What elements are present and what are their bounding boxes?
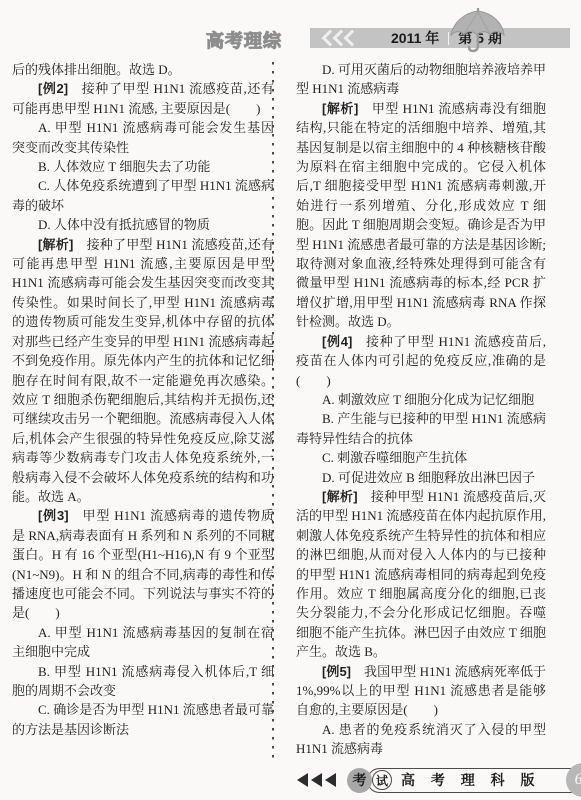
paragraph-label: [解析] xyxy=(322,101,358,116)
text-paragraph: A. 甲型 H1N1 流感病毒可能会发生基因突变而改变其传染性 xyxy=(12,118,274,157)
magazine-page: 高考理综 2011 年 第 5 期 后的残体排出细胞。故选 D。[例2]接种了甲… xyxy=(0,0,581,800)
paragraph-text: 甲型 H1N1 流感病毒的遗传物质是 RNA,病毒表面有 H 系列和 N 系列的… xyxy=(12,508,274,620)
page-number-badge: 61 xyxy=(566,763,581,797)
right-column: D. 可用灭菌后的动物细胞培养液培养甲型 H1N1 流感病毒[解析]甲型 H1N… xyxy=(296,60,546,759)
page-number: 61 xyxy=(575,771,581,789)
paragraph-text: A. 甲型 H1N1 流感病毒基因的复制在宿主细胞中完成 xyxy=(12,625,274,659)
text-paragraph: B. 产生能与已接种的甲型 H1N1 流感病毒特异性结合的抗体 xyxy=(296,409,546,448)
paragraph-label: [解析] xyxy=(38,237,73,252)
back-arrows-icon xyxy=(297,773,339,787)
text-paragraph: D. 人体中没有抵抗感冒的物质 xyxy=(12,215,274,234)
text-paragraph: B. 人体效应 T 细胞失去了功能 xyxy=(12,157,274,176)
paragraph-label: [例3] xyxy=(38,508,69,523)
paragraph-text: D. 可促进效应 B 细胞释放出淋巴因子 xyxy=(322,470,535,485)
paragraph-text: B. 人体效应 T 细胞失去了功能 xyxy=(38,159,210,174)
labeled-paragraph: [解析]接种了甲型 H1N1 流感疫苗,还有可能再患甲型 H1N1 流感,主要原… xyxy=(12,235,274,507)
labeled-paragraph: [例2]接种了甲型 H1N1 流感疫苗,还有可能再患甲型 H1N1 流感, 主要… xyxy=(12,79,274,118)
text-paragraph: A. 甲型 H1N1 流感病毒基因的复制在宿主细胞中完成 xyxy=(12,623,274,662)
journal-logo: 高考理综 xyxy=(206,27,282,53)
paragraph-text: 后的残体排出细胞。故选 D。 xyxy=(12,62,181,77)
paragraph-text: C. 刺激吞噬细胞产生抗体 xyxy=(322,450,467,465)
umbrella-icon xyxy=(446,8,510,59)
paragraph-text: B. 产生能与已接种的甲型 H1N1 流感病毒特异性结合的抗体 xyxy=(296,411,546,445)
page-header: 高考理综 2011 年 第 5 期 xyxy=(0,0,581,56)
text-paragraph: D. 可促进效应 B 细胞释放出淋巴因子 xyxy=(296,468,546,487)
paragraph-text: D. 可用灭菌后的动物细胞培养液培养甲型 H1N1 流感病毒 xyxy=(296,62,546,96)
issue-bar: 2011 年 第 5 期 xyxy=(310,28,570,48)
paragraph-label: [例2] xyxy=(38,81,68,96)
labeled-paragraph: [例5]我国甲型 H1N1 流感病死率低于 1%,99%以上的甲型 H1N1 流… xyxy=(296,662,546,720)
paragraph-text: A. 患者的免疫系统消灭了入侵的甲型 H1N1 流感病毒 xyxy=(296,722,546,756)
paragraph-text: 接种了甲型 H1N1 流感疫苗,还有可能再患甲型 H1N1 流感,主要原因是甲型… xyxy=(12,237,274,504)
paragraph-text: 接种甲型 H1N1 流感疫苗后,灭活的甲型 H1N1 流感疫苗在体内起抗原作用,… xyxy=(296,489,546,659)
chevrons-icon xyxy=(324,32,357,44)
text-paragraph: 后的残体排出细胞。故选 D。 xyxy=(12,60,274,79)
edition-label: 高 考 理 科 版 xyxy=(401,770,541,790)
left-column: 后的残体排出细胞。故选 D。[例2]接种了甲型 H1N1 流感疫苗,还有可能再患… xyxy=(12,60,274,739)
paragraph-label: [例4] xyxy=(322,334,352,349)
paragraph-label: [例5] xyxy=(322,664,351,679)
text-paragraph: D. 可用灭菌后的动物细胞培养液培养甲型 H1N1 流感病毒 xyxy=(296,60,546,99)
labeled-paragraph: [解析]甲型 H1N1 流感病毒没有细胞结构,只能在特定的活细胞中培养、增殖,其… xyxy=(296,99,546,332)
paragraph-text: C. 人体免疫系统遭到了甲型 H1N1 流感病毒的破坏 xyxy=(12,178,274,212)
text-paragraph: C. 确诊是否为甲型 H1N1 流感患者最可靠的方法是基因诊断法 xyxy=(12,700,274,739)
labeled-paragraph: [解析]接种甲型 H1N1 流感疫苗后,灭活的甲型 H1N1 流感疫苗在体内起抗… xyxy=(296,487,546,662)
text-paragraph: B. 甲型 H1N1 流感病毒侵入机体后,T 细胞的周期不会改变 xyxy=(12,662,274,701)
page-footer: 考 试 高 考 理 科 版 61 xyxy=(297,762,581,798)
paragraph-text: A. 刺激效应 T 细胞分化成为记忆细胞 xyxy=(322,392,534,407)
edition-banner: 试 高 考 理 科 版 61 xyxy=(367,768,581,793)
text-paragraph: C. 刺激吞噬细胞产生抗体 xyxy=(296,448,546,467)
text-paragraph: A. 患者的免疫系统消灭了入侵的甲型 H1N1 流感病毒 xyxy=(296,720,546,759)
paragraph-label: [解析] xyxy=(322,489,358,504)
labeled-paragraph: [例4]接种了甲型 H1N1 流感疫苗后,疫苗在人体内可引起的免疫反应,准确的是… xyxy=(296,332,546,390)
paragraph-text: A. 甲型 H1N1 流感病毒可能会发生基因突变而改变其传染性 xyxy=(12,120,274,154)
labeled-paragraph: [例3]甲型 H1N1 流感病毒的遗传物质是 RNA,病毒表面有 H 系列和 N… xyxy=(12,506,274,622)
text-paragraph: C. 人体免疫系统遭到了甲型 H1N1 流感病毒的破坏 xyxy=(12,176,274,215)
paragraph-text: D. 人体中没有抵抗感冒的物质 xyxy=(38,217,210,232)
issue-year: 2011 年 xyxy=(391,28,439,48)
exam-badge-shi: 试 xyxy=(372,770,392,790)
exam-badge-kao: 考 xyxy=(347,768,372,793)
text-paragraph: A. 刺激效应 T 细胞分化成为记忆细胞 xyxy=(296,390,546,409)
column-divider xyxy=(272,62,274,758)
paragraph-text: 甲型 H1N1 流感病毒没有细胞结构,只能在特定的活细胞中培养、增殖,其基因复制… xyxy=(296,101,546,329)
paragraph-text: B. 甲型 H1N1 流感病毒侵入机体后,T 细胞的周期不会改变 xyxy=(12,664,274,698)
paragraph-text: C. 确诊是否为甲型 H1N1 流感患者最可靠的方法是基因诊断法 xyxy=(12,702,274,736)
